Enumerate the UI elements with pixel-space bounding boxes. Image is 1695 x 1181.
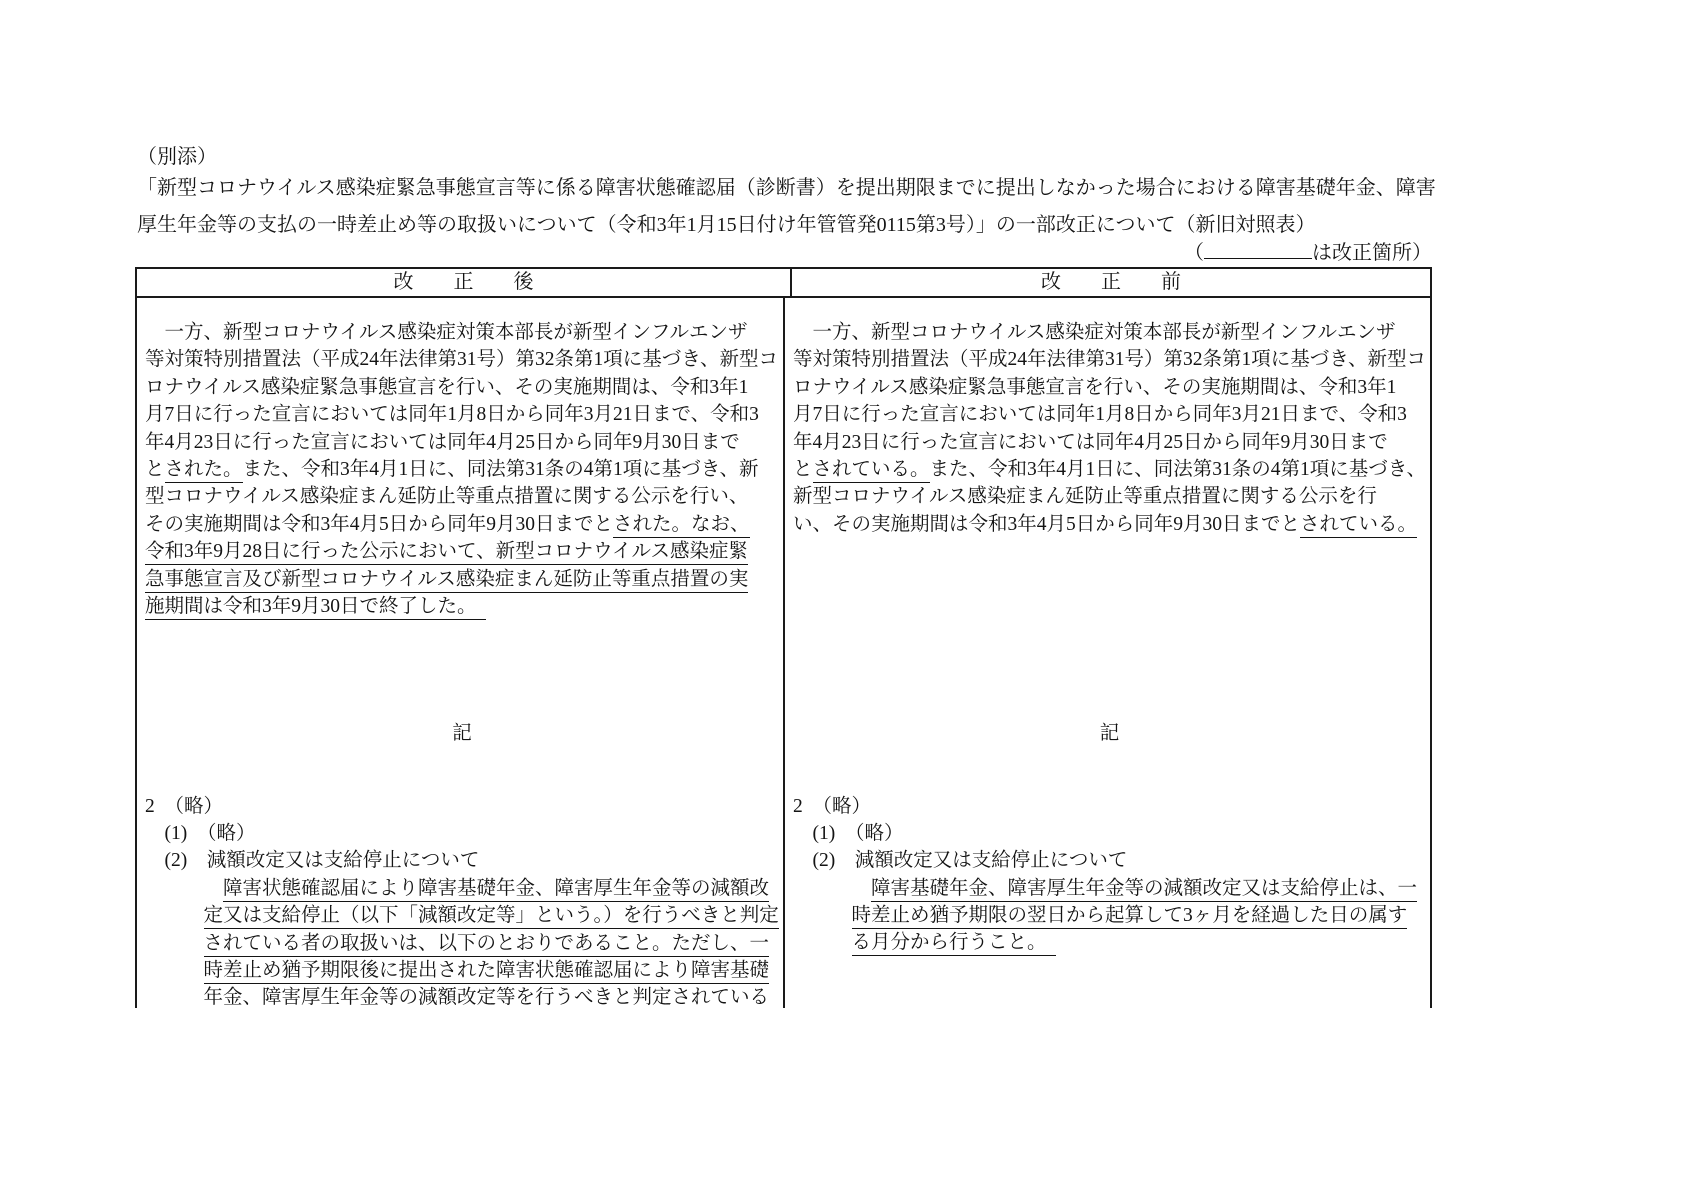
text-segment: 新型コロナウイルス感染症まん延防止等重点措置に関する公示を行 (793, 486, 1377, 507)
text-line: る月分から行うこと。 (793, 929, 1426, 956)
before-column-cell: 一方、新型コロナウイルス感染症対策本部長が新型インフルエンザ等対策特別措置法（平… (783, 298, 1430, 1008)
text-line: (1) （略） (793, 820, 1426, 847)
document-title: 「新型コロナウイルス感染症緊急事態宣言等に係る障害状態確認届（診断書）を提出期限… (137, 170, 1433, 244)
before-paragraph: 一方、新型コロナウイルス感染症対策本部長が新型インフルエンザ等対策特別措置法（平… (793, 319, 1426, 538)
text-segment: 一方、新型コロナウイルス感染症対策本部長が新型インフルエンザ (145, 322, 748, 343)
text-segment (793, 932, 852, 953)
text-line: 施期間は令和3年9月30日で終了した。 (145, 593, 779, 620)
text-segment: と (793, 459, 813, 480)
text-line: されている者の取扱いは、以下のとおりであること。ただし、一 (145, 930, 779, 957)
underlined-text: 定又は支給停止（以下「減額改定等」という。）を行うべきと判定 (204, 905, 779, 929)
text-line: (2) 減額改定又は支給停止について (793, 847, 1426, 874)
underlined-text: されている。 (1300, 514, 1417, 538)
text-segment: 等対策特別措置法（平成24年法律第31号）第32条第1項に基づき、新型コ (145, 349, 778, 370)
after-paragraph: 一方、新型コロナウイルス感染症対策本部長が新型インフルエンザ等対策特別措置法（平… (145, 319, 779, 620)
text-line: 2 （略） (793, 793, 1426, 820)
column-header-before: 改 正 前 (790, 269, 1430, 296)
text-line: (2) 減額改定又は支給停止について (145, 847, 779, 874)
text-line: その実施期間は令和3年4月5日から同年9月30日までとされた。なお、 (145, 511, 779, 538)
text-line: 障害基礎年金、障害厚生年金等の減額改定又は支給停止は、一 (793, 875, 1426, 902)
text-segment: 一方、新型コロナウイルス感染症対策本部長が新型インフルエンザ (793, 322, 1396, 343)
text-line: 令和3年9月28日に行った公示において、新型コロナウイルス感染症緊 (145, 538, 779, 565)
text-line: 月7日に行った宣言においては同年1月8日から同年3月21日まで、令和3 (145, 401, 779, 428)
text-segment (145, 933, 204, 954)
after-column-cell: 一方、新型コロナウイルス感染症対策本部長が新型インフルエンザ等対策特別措置法（平… (137, 298, 783, 1008)
text-segment (145, 905, 204, 926)
text-line: 急事態宣言及び新型コロナウイルス感染症まん延防止等重点措置の実 (145, 566, 779, 593)
text-segment: また、令和3年4月1日に、同法第31条の4第1項に基づき、新 (243, 459, 759, 480)
text-segment: (2) 減額改定又は支給停止について (793, 850, 1127, 871)
text-line: ロナウイルス感染症緊急事態宣言を行い、その実施期間は、令和3年1 (145, 374, 779, 401)
underlined-text: 令和3年9月28日に行った公示において、新型コロナウイルス感染症緊 (145, 541, 748, 565)
text-line: 2 （略） (145, 793, 779, 820)
text-line: 障害状態確認届により障害基礎年金、障害厚生年金等の減額改 (145, 875, 779, 902)
text-line: 定又は支給停止（以下「減額改定等」という。）を行うべきと判定 (145, 902, 779, 929)
text-segment (793, 878, 871, 899)
text-segment: い、その実施期間は令和3年4月5日から同年9月30日までと (793, 514, 1300, 535)
text-line: い、その実施期間は令和3年4月5日から同年9月30日までとされている。 (793, 511, 1426, 538)
text-line: 年金、障害厚生年金等の減額改定等を行うべきと判定されている (145, 984, 779, 1008)
text-segment (145, 960, 204, 981)
text-line: 年4月23日に行った宣言においては同年4月25日から同年9月30日まで (145, 429, 779, 456)
title-line-1: 「新型コロナウイルス感染症緊急事態宣言等に係る障害状態確認届（診断書）を提出期限… (137, 170, 1433, 207)
underlined-text: された。なお、 (613, 514, 750, 538)
underlined-text: 障害基礎年金、障害厚生年金等の減額改定又は支給停止は、一 (871, 878, 1417, 902)
text-line: 型コロナウイルス感染症まん延防止等重点措置に関する公示を行い、 (145, 483, 779, 510)
page-root: （別添） 「新型コロナウイルス感染症緊急事態宣言等に係る障害状態確認届（診断書）… (0, 0, 1695, 1181)
text-segment: (2) 減額改定又は支給停止について (145, 850, 479, 871)
text-segment: 2 （略） (145, 796, 223, 817)
text-line: とされた。また、令和3年4月1日に、同法第31条の4第1項に基づき、新 (145, 456, 779, 483)
text-line: 年4月23日に行った宣言においては同年4月25日から同年9月30日まで (793, 429, 1426, 456)
after-list: 2 （略） (1) （略） (2) 減額改定又は支給停止について 障害状態確認届… (145, 793, 779, 1008)
legend-open-paren: （ (1184, 242, 1204, 264)
text-segment: また、令和3年4月1日に、同法第31条の4第1項に基づき、 (930, 459, 1426, 480)
underlined-text: 年金、障害厚生年金等の減額改定等を行うべきと判定されている (204, 987, 770, 1008)
attachment-label: （別添） (137, 140, 217, 169)
after-note-ki: 記 (145, 720, 779, 747)
text-line: ロナウイルス感染症緊急事態宣言を行い、その実施期間は、令和3年1 (793, 374, 1426, 401)
text-segment: 等対策特別措置法（平成24年法律第31号）第32条第1項に基づき、新型コ (793, 349, 1426, 370)
underlined-text: 時差止め猶予期限の翌日から起算して3ヶ月を経過した日の属す (852, 905, 1408, 929)
text-segment (145, 878, 223, 899)
revision-legend: （は改正箇所） (135, 239, 1432, 266)
text-line: (1) （略） (145, 820, 779, 847)
text-segment: 年4月23日に行った宣言においては同年4月25日から同年9月30日まで (793, 432, 1388, 453)
text-line: 等対策特別措置法（平成24年法律第31号）第32条第1項に基づき、新型コ (793, 346, 1426, 373)
table-header-row: 改 正 後 改 正 前 (137, 269, 1430, 298)
text-segment: (1) （略） (145, 823, 256, 844)
text-segment: 年4月23日に行った宣言においては同年4月25日から同年9月30日まで (145, 432, 740, 453)
underlined-text: 施期間は令和3年9月30日で終了した。 (145, 596, 486, 620)
table-body-row: 一方、新型コロナウイルス感染症対策本部長が新型インフルエンザ等対策特別措置法（平… (137, 298, 1430, 1008)
text-segment: ロナウイルス感染症緊急事態宣言を行い、その実施期間は、令和3年1 (793, 377, 1396, 398)
text-line: 等対策特別措置法（平成24年法律第31号）第32条第1項に基づき、新型コ (145, 346, 779, 373)
text-line: 一方、新型コロナウイルス感染症対策本部長が新型インフルエンザ (793, 319, 1426, 346)
text-segment (793, 905, 852, 926)
text-segment: その実施期間は令和3年4月5日から同年9月30日までと (145, 514, 613, 535)
text-segment: 2 （略） (793, 796, 871, 817)
underlined-text: る月分から行うこと。 (852, 932, 1057, 956)
underlined-text: 急事態宣言及び新型コロナウイルス感染症まん延防止等重点措置の実 (145, 569, 748, 593)
text-line: 新型コロナウイルス感染症まん延防止等重点措置に関する公示を行 (793, 483, 1426, 510)
underlined-text: 障害状態確認届により障害基礎年金、障害厚生年金等の減額改 (223, 878, 769, 902)
text-segment: ロナウイルス感染症緊急事態宣言を行い、その実施期間は、令和3年1 (145, 377, 748, 398)
before-list: 2 （略） (1) （略） (2) 減額改定又は支給停止について 障害基礎年金、… (793, 793, 1426, 957)
text-segment: 型コロナウイルス感染症まん延防止等重点措置に関する公示を行い、 (145, 486, 748, 507)
text-line: 月7日に行った宣言においては同年1月8日から同年3月21日まで、令和3 (793, 401, 1426, 428)
text-segment: と (145, 459, 165, 480)
text-segment: (1) （略） (793, 823, 904, 844)
text-line: 一方、新型コロナウイルス感染症対策本部長が新型インフルエンザ (145, 319, 779, 346)
underlined-text: されている。 (813, 459, 930, 483)
comparison-table: 改 正 後 改 正 前 一方、新型コロナウイルス感染症対策本部長が新型インフルエ… (135, 267, 1432, 1008)
underlined-text: された。 (165, 459, 243, 483)
text-line: とされている。また、令和3年4月1日に、同法第31条の4第1項に基づき、 (793, 456, 1426, 483)
column-header-after: 改 正 後 (137, 269, 790, 296)
text-line: 時差止め猶予期限の翌日から起算して3ヶ月を経過した日の属す (793, 902, 1426, 929)
text-segment: 月7日に行った宣言においては同年1月8日から同年3月21日まで、令和3 (145, 404, 759, 425)
underlined-text: 時差止め猶予期限後に提出された障害状態確認届により障害基礎 (204, 960, 770, 984)
legend-underline-blank (1204, 239, 1312, 259)
before-note-ki: 記 (793, 720, 1426, 747)
legend-label: は改正箇所） (1312, 242, 1432, 264)
text-segment (145, 987, 204, 1008)
text-line: 時差止め猶予期限後に提出された障害状態確認届により障害基礎 (145, 957, 779, 984)
underlined-text: されている者の取扱いは、以下のとおりであること。ただし、一 (204, 933, 770, 957)
text-segment: 月7日に行った宣言においては同年1月8日から同年3月21日まで、令和3 (793, 404, 1407, 425)
